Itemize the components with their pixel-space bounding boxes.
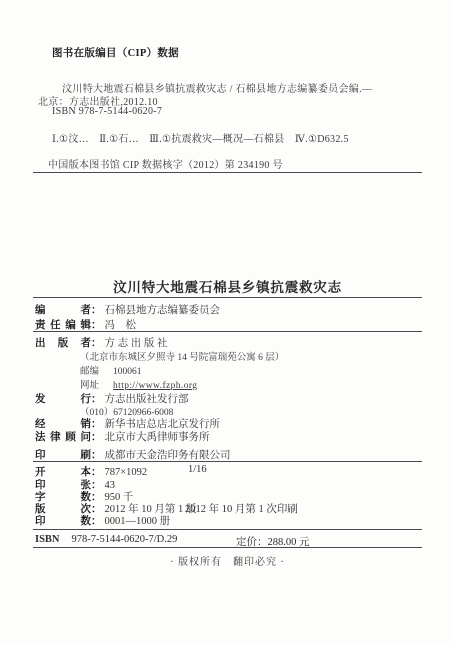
copyright-notice: · 版权所有 翻印必究 · [33,553,422,568]
format-fraction: 1/16 [188,464,207,475]
colon: ： [91,338,102,349]
isbn-label: ISBN [35,534,60,545]
cip-header: 图书在版编目（CIP）数据 [52,45,179,60]
managing-editor-value: 冯 松 [105,320,137,331]
managing-editor-label: 责任编辑 [35,317,91,332]
divider [33,331,422,332]
print-run-label: 印数 [35,513,91,528]
colon: ： [91,305,102,316]
colophon-page: 图书在版编目（CIP）数据 汶川特大地震石棉县乡镇抗震救灾志 / 石棉县地方志编… [0,0,450,646]
printing-value: 2012 年 10 月第 1 次印刷 [185,501,298,516]
isbn-value: 978-7-5144-0620-7/D.29 [72,534,178,545]
row-print-run: 印数：0001—1000 册 [35,513,170,528]
colon: ： [91,450,102,461]
publisher-address: （北京市东城区夕照寺 14 号院富瑞苑公寓 6 层） [80,349,284,363]
postcode-value: 100061 [113,367,142,377]
isbn-row: ISBN978-7-5144-0620-7/D.29 [35,534,177,545]
row-legal-counsel: 法律顾问：北京市大禹律师事务所 [35,429,210,444]
divider [33,529,422,530]
editor-label: 编者 [35,302,91,317]
book-title: 汶川特大地震石棉县乡镇抗震救灾志 [33,276,422,296]
printer-label: 印刷 [35,447,91,462]
website-label: 网址 [80,381,99,391]
website-line: 网址http://www.fzph.org [80,377,197,391]
row-printer: 印刷：成都市天金浩印务有限公司 [35,447,231,462]
divider [33,461,422,462]
publisher-value: 方 志 出 版 社 [105,338,168,349]
colon: ： [91,432,102,443]
editor-value: 石棉县地方志编纂委员会 [105,305,221,316]
website-url: http://www.fzph.org [113,381,197,391]
legal-counsel-value: 北京市大禹律师事务所 [105,432,210,443]
postcode-label: 邮编 [80,367,99,377]
postcode-line: 邮编100061 [80,363,142,377]
print-run-value: 0001—1000 册 [105,516,171,527]
legal-counsel-label: 法律顾问 [35,429,91,444]
cip-classification-line: Ⅰ.①汶… Ⅱ.①石… Ⅲ.①抗震救灾—概况—石棉县 Ⅳ.①D632.5 [52,130,349,145]
row-managing-editor: 责任编辑：冯 松 [35,317,136,332]
publisher-label: 出版者 [35,335,91,350]
row-publisher: 出版者：方 志 出 版 社 [35,335,168,350]
row-editor: 编者：石棉县地方志编纂委员会 [35,302,220,317]
colon: ： [91,320,102,331]
divider [33,172,422,173]
divider [33,297,422,298]
cip-record-line: 中国版本图书馆 CIP 数据核字（2012）第 234190 号 [48,156,283,171]
divider [33,547,422,548]
colon: ： [91,516,102,527]
printer-value: 成都市天金浩印务有限公司 [105,450,231,461]
cip-isbn-line: ISBN 978-7-5144-0620-7 [52,106,162,117]
